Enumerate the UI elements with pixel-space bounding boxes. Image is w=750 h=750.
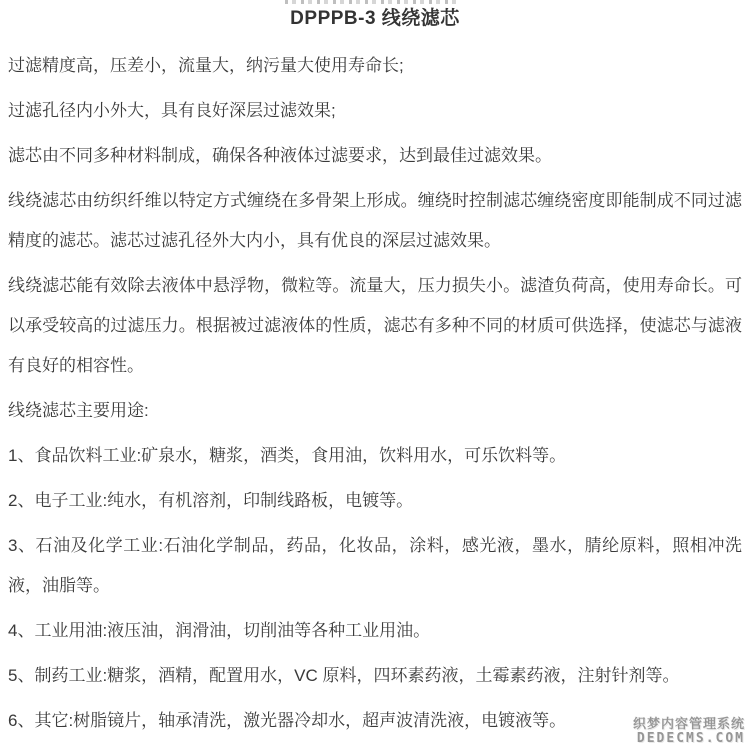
paragraph-pore-size: 过滤孔径内小外大，具有良好深层过滤效果; — [8, 91, 742, 131]
usage-item-petro-chemical: 3、石油及化学工业:石油化学制品，药品，化妆品，涂料，感光液，墨水，腈纶原料，照… — [8, 526, 742, 606]
usage-item-others: 6、其它:树脂镜片，轴承清洗，激光器冷却水，超声波清洗液，电镀液等。 — [8, 701, 742, 741]
watermark-chinese-line: 织梦内容管理系统 — [633, 716, 745, 732]
usage-item-electronics: 2、电子工业:纯水，有机溶剂，印制线路板，电镀等。 — [8, 481, 742, 521]
usage-item-pharmaceutical: 5、制药工业:糖浆，酒精，配置用水，VC 原料，四环素药液，土霉素药液，注射针剂… — [8, 656, 742, 696]
usage-item-industrial-oil: 4、工业用油:液压油，润滑油，切削油等各种工业用油。 — [8, 611, 742, 651]
page-title: DPPPB-3 线绕滤芯 — [8, 4, 742, 34]
usage-heading: 线绕滤芯主要用途: — [8, 391, 742, 431]
paragraph-filter-precision: 过滤精度高，压差小，流量大，纳污量大使用寿命长; — [8, 46, 742, 86]
watermark-domain-line: DEDECMS.COM — [633, 731, 745, 747]
paragraph-winding-process: 线绕滤芯由纺织纤维以特定方式缠绕在多骨架上形成。缠绕时控制滤芯缠绕密度即能制成不… — [8, 181, 742, 261]
paragraph-performance: 线绕滤芯能有效除去液体中悬浮物，微粒等。流量大，压力损失小。滤渣负荷高，使用寿命… — [8, 266, 742, 386]
dedecms-watermark: 织梦内容管理系统 DEDECMS.COM — [633, 716, 745, 747]
usage-item-food-beverage: 1、食品饮料工业:矿泉水，糖浆，酒类，食用油，饮料用水，可乐饮料等。 — [8, 436, 742, 476]
document-body: DPPPB-3 线绕滤芯 过滤精度高，压差小，流量大，纳污量大使用寿命长; 过滤… — [0, 0, 750, 741]
paragraph-materials: 滤芯由不同多种材料制成，确保各种液体过滤要求，达到最佳过滤效果。 — [8, 136, 742, 176]
